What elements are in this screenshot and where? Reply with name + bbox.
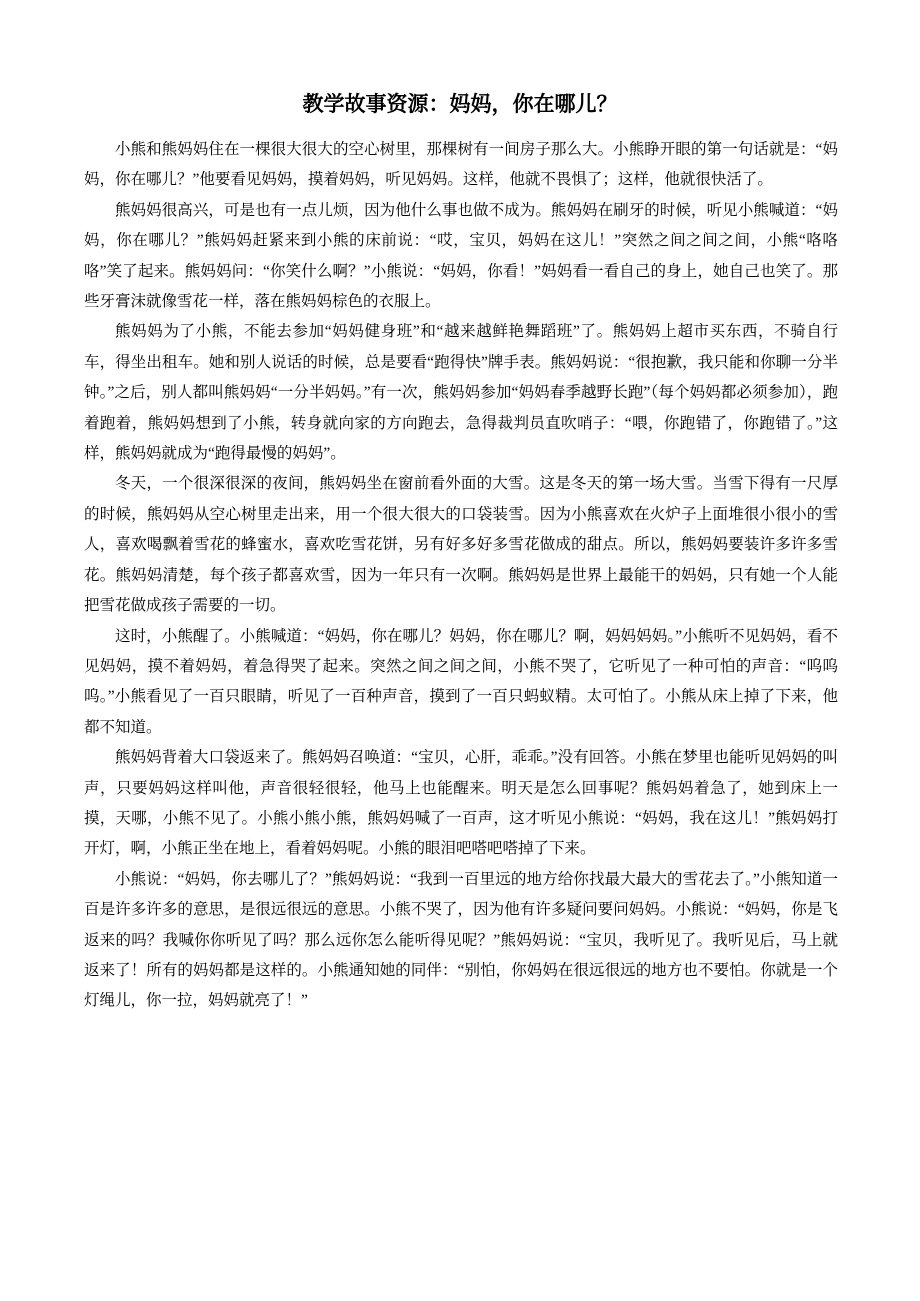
story-paragraph: 熊妈妈很高兴，可是也有一点儿烦，因为他什么事也做不成为。熊妈妈在刷牙的时候，听见…	[84, 196, 838, 318]
story-paragraph: 小熊和熊妈妈住在一棵很大很大的空心树里，那棵树有一间房子那么大。小熊睁开眼的第一…	[84, 135, 838, 196]
document-title: 教学故事资源：妈妈，你在哪儿？	[0, 90, 920, 120]
story-paragraph: 熊妈妈为了小熊，不能去参加“妈妈健身班”和“越来越鲜艳舞蹈班”了。熊妈妈上超市买…	[84, 317, 838, 469]
document-page: 教学故事资源：妈妈，你在哪儿？ 小熊和熊妈妈住在一棵很大很大的空心树里，那棵树有…	[0, 0, 920, 1301]
story-paragraph: 冬天，一个很深很深的夜间，熊妈妈坐在窗前看外面的大雪。这是冬天的第一场大雪。当雪…	[84, 469, 838, 621]
story-paragraph: 这时，小熊醒了。小熊喊道：“妈妈，你在哪儿？妈妈，你在哪儿？啊，妈妈妈妈。”小熊…	[84, 622, 838, 744]
document-body: 小熊和熊妈妈住在一棵很大很大的空心树里，那棵树有一间房子那么大。小熊睁开眼的第一…	[84, 135, 838, 1017]
story-paragraph: 小熊说：“妈妈，你去哪儿了？”熊妈妈说：“我到一百里远的地方给你找最大最大的雪花…	[84, 865, 838, 1017]
story-paragraph: 熊妈妈背着大口袋返来了。熊妈妈召唤道：“宝贝，心肝，乖乖。”没有回答。小熊在梦里…	[84, 743, 838, 865]
